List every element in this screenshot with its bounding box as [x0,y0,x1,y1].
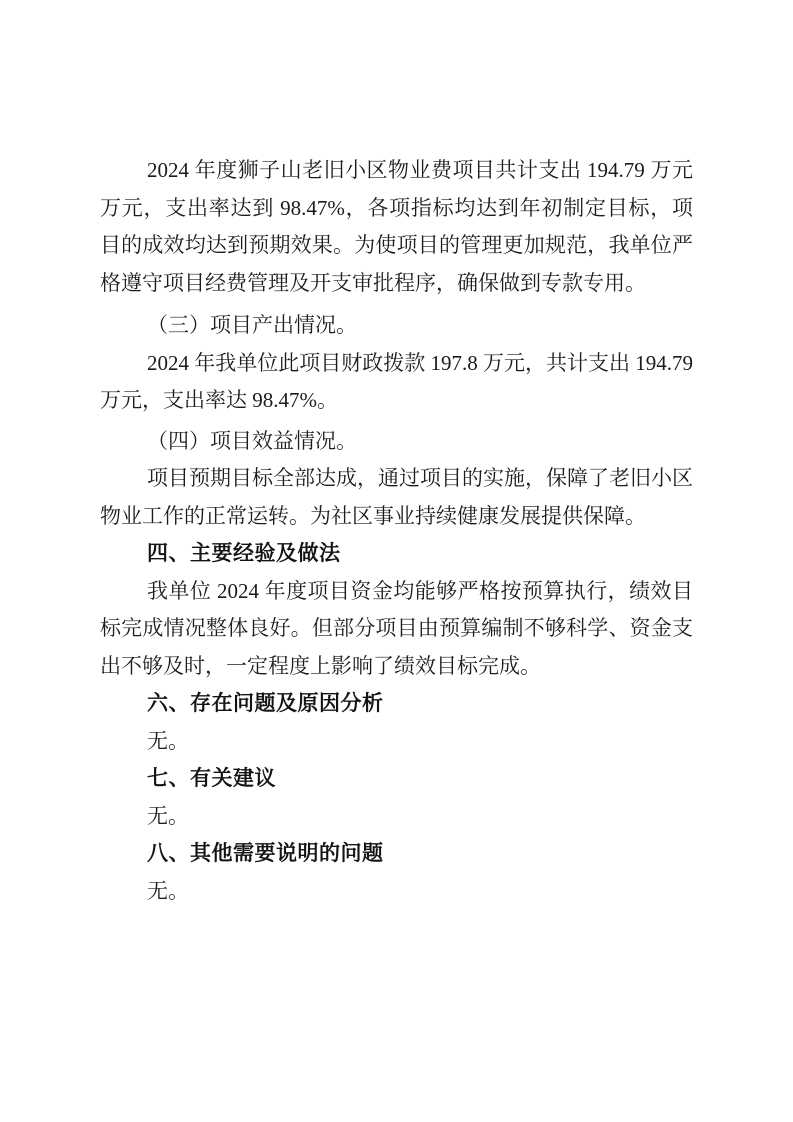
document-body: 2024 年度狮子山老旧小区物业费项目共计支出 194.79 万元 万元，支出率… [100,152,693,910]
section-heading-other-issues: 八、其他需要说明的问题 [100,835,693,873]
section-heading-suggestions: 七、有关建议 [100,760,693,798]
body-line: 格遵守项目经费管理及开支审批程序，确保做到专款专用。 [100,265,693,303]
body-line-none: 无。 [100,723,693,761]
body-line: 出不够及时，一定程度上影响了绩效目标完成。 [100,648,693,686]
body-line: 物业工作的正常运转。为社区事业持续健康发展提供保障。 [100,498,693,536]
section-heading-problems-analysis: 六、存在问题及原因分析 [100,685,693,723]
body-line: 标完成情况整体良好。但部分项目由预算编制不够科学、资金支 [100,610,693,648]
body-line-none: 无。 [100,798,693,836]
document-page: 2024 年度狮子山老旧小区物业费项目共计支出 194.79 万元 万元，支出率… [0,0,793,1122]
body-line: 目的成效均达到预期效果。为使项目的管理更加规范，我单位严 [100,227,693,265]
body-line: 项目预期目标全部达成，通过项目的实施，保障了老旧小区 [100,460,693,498]
subheading-project-output: （三）项目产出情况。 [100,307,693,345]
body-line-none: 无。 [100,873,693,911]
body-line: 万元，支出率达到 98.47%，各项指标均达到年初制定目标，项 [100,190,693,228]
body-line: 我单位 2024 年度项目资金均能够严格按预算执行，绩效目 [100,573,693,611]
subheading-project-benefit: （四）项目效益情况。 [100,423,693,461]
body-line: 2024 年我单位此项目财政拨款 197.8 万元，共计支出 194.79 [100,345,693,383]
section-heading-main-experience: 四、主要经验及做法 [100,535,693,573]
body-line: 万元，支出率达 98.47%。 [100,382,693,420]
body-line: 2024 年度狮子山老旧小区物业费项目共计支出 194.79 万元 [100,152,693,190]
